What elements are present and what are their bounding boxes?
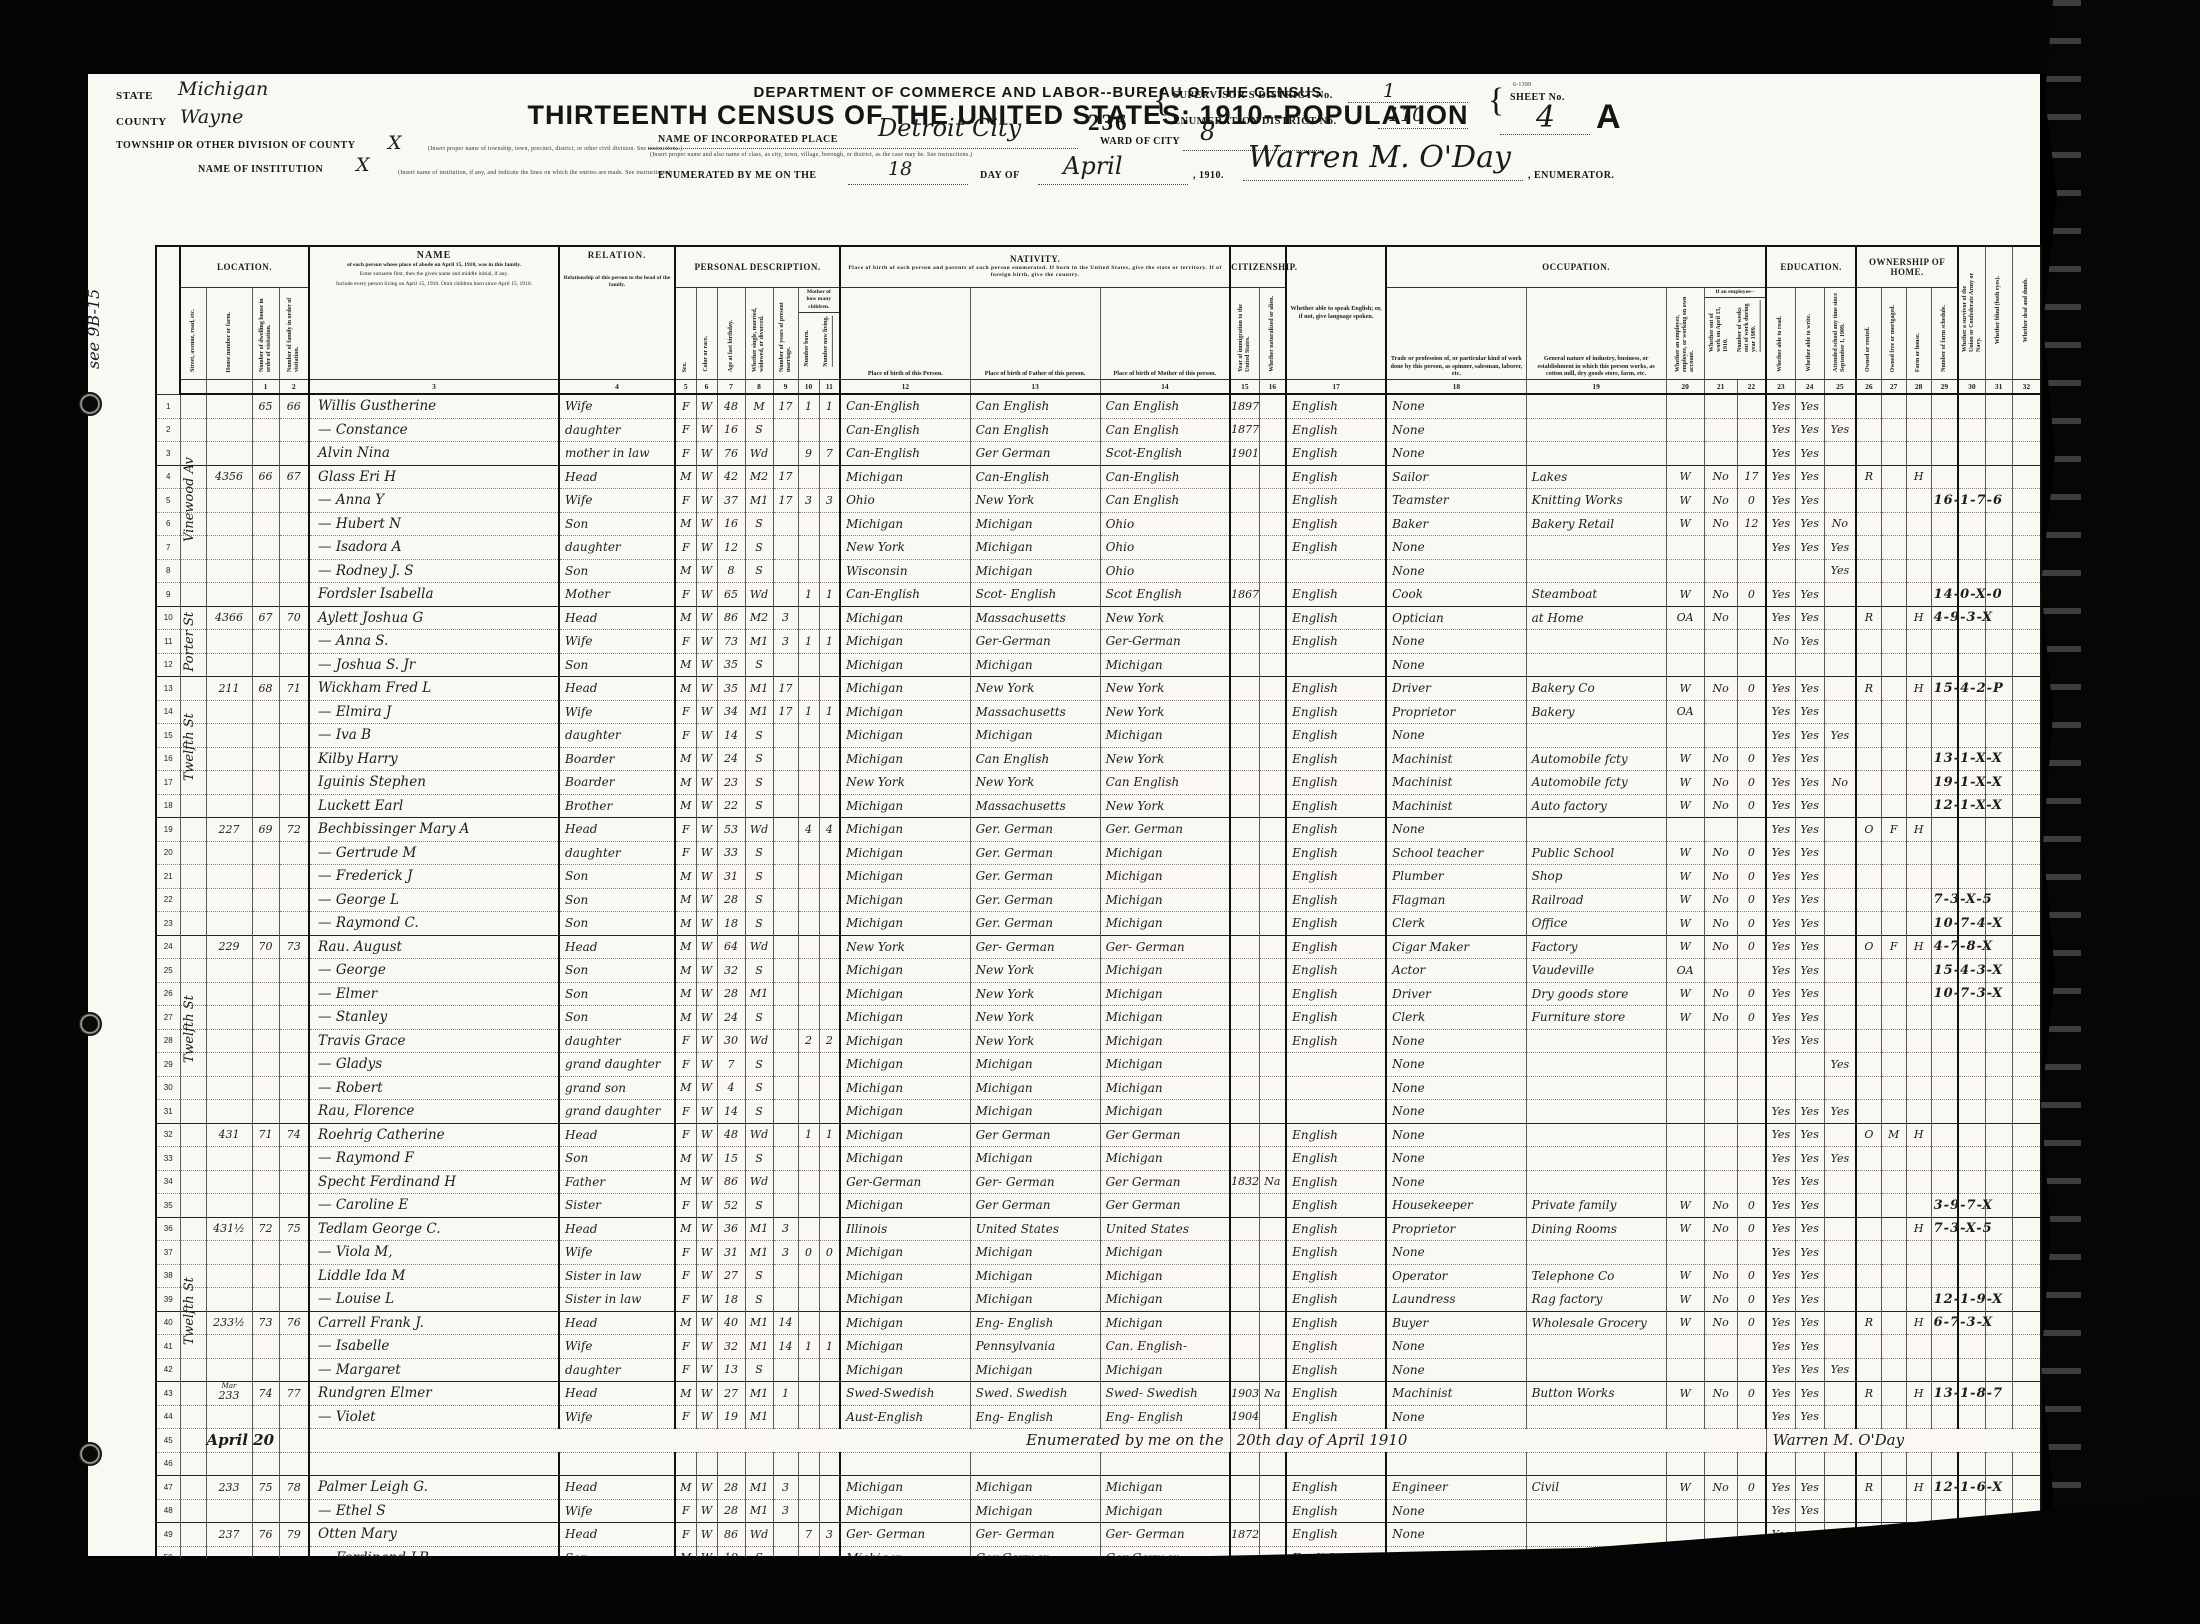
cell-mort: M [1881,1123,1906,1147]
cell-out: No [1704,888,1737,912]
cell-sch [1824,677,1856,701]
cell-line: 22 [156,888,180,912]
cell-occ: None [1386,1100,1526,1124]
cell-c32 [2012,959,2041,983]
cell-yrs [773,1264,798,1288]
cell-cl [819,1170,840,1194]
cell-name: — Constance [309,418,559,442]
cell-c30 [1958,418,1985,442]
cell-dw [252,1405,279,1429]
scan-border-top [0,0,2200,74]
cell-code [1931,1241,1958,1265]
cell-fh [1906,912,1931,936]
cell-rel: Sister in law [559,1264,675,1288]
cell-fam [279,1029,309,1053]
cell-rd: Yes [1766,1499,1795,1523]
cell-wks: 0 [1737,1264,1766,1288]
cell-out: No [1704,1264,1737,1288]
cell-c31 [1985,653,2012,677]
cell-fh [1906,394,1931,418]
cell-cl [819,865,840,889]
cell-imm [1230,489,1259,513]
cell-c30 [1958,818,1985,842]
cell-cb [798,1499,819,1523]
cell-own: O [1856,818,1881,842]
cell-dw [252,1053,279,1077]
cell-imm [1230,536,1259,560]
cell-lang: English [1286,1194,1386,1218]
cell-mar: M1 [745,1499,773,1523]
cell-age: 86 [717,1170,745,1194]
cell-own [1856,1288,1881,1312]
cell-sch: Yes [1824,418,1856,442]
cell-sch [1824,1170,1856,1194]
cell-sex: F [675,418,696,442]
cell-wr: Yes [1795,865,1824,889]
census-row: 45April 20Enumerated by me on the20th da… [156,1429,2041,1453]
cell-dw [252,418,279,442]
cell-mort [1881,677,1906,701]
cell-street [180,888,206,912]
cell-cb [798,512,819,536]
cell-colr: W [696,1523,717,1547]
cell-lang: English [1286,583,1386,607]
cell-nat [1259,489,1286,513]
cell-sex: M [675,1217,696,1241]
cell-cb [798,912,819,936]
cell-dw: 67 [252,606,279,630]
cell-wks: 0 [1737,1476,1766,1500]
col-pob-header: Place of birth of this Person. [840,288,970,380]
cell-name: — Louise L [309,1288,559,1312]
colnum-imm: 15 [1230,380,1259,395]
cell-pob: Michigan [840,1076,970,1100]
cell-pf: Eng- English [970,1311,1100,1335]
colnum-sch: 25 [1824,380,1856,395]
cell-wr: Yes [1795,700,1824,724]
cell-age: 13 [717,1358,745,1382]
cell-rel: Son [559,865,675,889]
census-row: 192276972Bechbissinger Mary AHeadFW53Wd4… [156,818,2041,842]
group-occupation: OCCUPATION. [1386,246,1766,288]
cell-mar: S [745,912,773,936]
cell-mar: S [745,1288,773,1312]
cell-nat [1259,747,1286,771]
cell-fh [1906,1076,1931,1100]
cell-rel: Wife [559,630,675,654]
cell-line: 11 [156,630,180,654]
cell-wks [1737,1405,1766,1429]
cell-street [180,1217,206,1241]
cell-lang: English [1286,536,1386,560]
cell-code: 3-9-7-X [1931,1194,1958,1218]
cell-imm: 1872 [1230,1523,1259,1547]
cell-pob: Can-English [840,583,970,607]
cell-mar: Wd [745,442,773,466]
cell-sex: F [675,442,696,466]
cell-wr: Yes [1795,1170,1824,1194]
cell-c32 [2012,1076,2041,1100]
cell-occ: None [1386,1076,1526,1100]
cell-emp [1666,1405,1704,1429]
cell-house [206,1053,252,1077]
cell-colr [696,1452,717,1476]
enumeration-label: ENUMERATION DISTRICT No. [1173,116,1337,127]
cell-ind: Private family [1526,1194,1666,1218]
cell-emp [1666,1499,1704,1523]
cell-pm: Michigan [1100,982,1230,1006]
cell-name [309,1452,559,1476]
cell-c32 [2012,677,2041,701]
cell-lang: English [1286,1288,1386,1312]
cell-out: No [1704,677,1737,701]
cell-house: 233½ [206,1311,252,1335]
cell-line: 17 [156,771,180,795]
cell-pf: Can English [970,394,1100,418]
county-label: COUNTY [116,116,167,128]
cell-occ: Clerk [1386,912,1526,936]
cell-rel: Head [559,465,675,489]
cell-emp: W [1666,1217,1704,1241]
cell-wr [1795,1076,1824,1100]
cell-c30 [1958,630,1985,654]
cell-ind: Public School [1526,841,1666,865]
cell-own [1856,1076,1881,1100]
cell-imm: 1904 [1230,1405,1259,1429]
cell-rel: Son [559,982,675,1006]
census-row: 38Liddle Ida MSister in lawFW27SMichigan… [156,1264,2041,1288]
cell-emp: W [1666,489,1704,513]
cell-c32 [2012,771,2041,795]
cell-mar: M1 [745,1405,773,1429]
cell-imm [1230,1476,1259,1500]
enumerator-suffix: , ENUMERATOR. [1528,170,1614,181]
cell-fam: 77 [279,1382,309,1406]
cell-sex: F [675,1288,696,1312]
cell-wks [1737,724,1766,748]
cell-imm [1230,1100,1259,1124]
cell-colr: W [696,653,717,677]
cell-c31 [1985,1123,2012,1147]
cell-dw [252,1006,279,1030]
cell-wr: Yes [1795,583,1824,607]
cell-imm [1230,1029,1259,1053]
cell-out [1704,418,1737,442]
cell-mar: M1 [745,1311,773,1335]
cell-code [1931,394,1958,418]
cell-line: 47 [156,1476,180,1500]
cell-house [206,865,252,889]
cell-yrs: 17 [773,394,798,418]
cell-dw [252,1170,279,1194]
cell-house [206,512,252,536]
cell-mort [1881,1170,1906,1194]
cell-mar: M1 [745,677,773,701]
colnum-occ: 18 [1386,380,1526,395]
cell-sex: M [675,559,696,583]
cell-c32 [2012,912,2041,936]
cell-mar: S [745,865,773,889]
cell-cl [819,982,840,1006]
cell-fam [279,442,309,466]
cell-imm [1230,700,1259,724]
cell-sex: F [675,1123,696,1147]
cell-yrs [773,724,798,748]
cell-mort [1881,1264,1906,1288]
cell-sex: F [675,700,696,724]
cell-colr: W [696,865,717,889]
cell-wr: Yes [1795,935,1824,959]
cell-lang: English [1286,1382,1386,1406]
cell-code [1931,818,1958,842]
cell-occ: School teacher [1386,841,1526,865]
cell-nat [1259,1053,1286,1077]
cell-name: — Isadora A [309,536,559,560]
cell-lang: English [1286,418,1386,442]
cell-mar: S [745,1264,773,1288]
cell-mort [1881,1499,1906,1523]
cell-fh [1906,512,1931,536]
cell-street [180,394,206,418]
cell-name: — Raymond F [309,1147,559,1171]
cell-rd: Yes [1766,1264,1795,1288]
institution-label: NAME OF INSTITUTION [198,164,323,175]
col-street-header: Street, avenue, road, etc. [180,288,206,380]
cell-mar: M1 [745,489,773,513]
col-language-header: Whether able to speak English; or, if no… [1286,246,1386,380]
cell-own: R [1856,1311,1881,1335]
cell-colr: W [696,536,717,560]
cell-line: 44 [156,1405,180,1429]
cell-wks [1737,959,1766,983]
cell-colr: W [696,771,717,795]
cell-colr: W [696,1076,717,1100]
cell-out: No [1704,794,1737,818]
cell-colr: W [696,1100,717,1124]
cell-out: No [1704,1194,1737,1218]
census-sheet: see 9B-15 STATE Michigan COUNTY Wayne TO… [88,74,2040,1556]
cell-c31 [1985,1335,2012,1359]
cell-out [1704,394,1737,418]
cell-house [206,1147,252,1171]
cell-wr [1795,559,1824,583]
colnum-emp: 20 [1666,380,1704,395]
cell-nat: Na [1259,1170,1286,1194]
cell-cl [819,1147,840,1171]
cell-house: 229 [206,935,252,959]
cell-occ: None [1386,442,1526,466]
cell-imm [1230,959,1259,983]
cell-house [206,1076,252,1100]
cell-ind [1526,1358,1666,1382]
cell-line: 33 [156,1147,180,1171]
cell-wks: 0 [1737,1217,1766,1241]
cell-occ: None [1386,559,1526,583]
cell-fh: H [1906,935,1931,959]
cell-rel: Son [559,512,675,536]
census-row: 41— IsabelleWifeFW32M11411MichiganPennsy… [156,1335,2041,1359]
cell-line: 12 [156,653,180,677]
cell-rel: Son [559,559,675,583]
cell-cb [798,982,819,1006]
census-row: 26— ElmerSonMW28M1MichiganNew YorkMichig… [156,982,2041,1006]
cell-out [1704,1029,1737,1053]
cell-age: 32 [717,1335,745,1359]
cell-c32 [2012,818,2041,842]
cell-pob: Illinois [840,1217,970,1241]
cell-sex: M [675,1006,696,1030]
cell-pob: Michigan [840,1053,970,1077]
cell-out [1704,536,1737,560]
cell-mar: M1 [745,1241,773,1265]
cell-pm: Can English [1100,394,1230,418]
cell-age: 24 [717,1006,745,1030]
cell-fam [279,1452,309,1476]
cell-own: O [1856,1123,1881,1147]
cell-fh [1906,771,1931,795]
cell-imm [1230,818,1259,842]
cell-nat [1259,559,1286,583]
cell-nat [1259,912,1286,936]
cell-c32 [2012,1194,2041,1218]
cell-c30 [1958,1264,1985,1288]
cell-mort [1881,630,1906,654]
cell-cl [819,1264,840,1288]
cell-ind: Bakery Co [1526,677,1666,701]
census-row: 5— Anna YWifeFW37M11733OhioNew YorkCan E… [156,489,2041,513]
cell-c32 [2012,747,2041,771]
cell-dw [252,1194,279,1218]
colnum-wr: 24 [1795,380,1824,395]
census-row: 44— VioletWifeFW19M1Aust-EnglishEng- Eng… [156,1405,2041,1429]
cell-rel: Head [559,818,675,842]
cell-dw [252,1499,279,1523]
cell-c32 [2012,630,2041,654]
cell-c32 [2012,1288,2041,1312]
cell-pob: Michigan [840,1123,970,1147]
cell-yrs: 3 [773,1476,798,1500]
cell-wr: Yes [1795,418,1824,442]
cell-mort [1881,1382,1906,1406]
cell-rd: Yes [1766,747,1795,771]
cell-pm: Michigan [1100,1241,1230,1265]
cell-pm: Michigan [1100,1076,1230,1100]
cell-wks [1737,1335,1766,1359]
cell-rd: Yes [1766,442,1795,466]
cell-cb: 7 [798,1523,819,1547]
cell-pf: Michigan [970,1100,1100,1124]
cell-code: 16-1-7-6 [1931,489,1958,513]
cell-rd: Yes [1766,1311,1795,1335]
cell-rd: Yes [1766,700,1795,724]
cell-own [1856,1452,1881,1476]
cell-wr: Yes [1795,677,1824,701]
cell-cb: 0 [798,1241,819,1265]
cell-pob: New York [840,536,970,560]
cell-pm: Michigan [1100,1147,1230,1171]
cell-c32 [2012,583,2041,607]
cell-house [206,1264,252,1288]
cell-ind [1526,1499,1666,1523]
cell-c30 [1958,865,1985,889]
col-blind-header: Whether blind (both eyes). [1985,246,2012,380]
cell-lang [1286,1452,1386,1476]
cell-house: 237 [206,1523,252,1547]
cell-sex: F [675,1029,696,1053]
cell-sex: M [675,653,696,677]
cell-line: 18 [156,794,180,818]
cell-name: — Elmira J [309,700,559,724]
cell-emp [1666,1147,1704,1171]
cell-own [1856,888,1881,912]
cell-mort [1881,865,1906,889]
cell-wks [1737,1452,1766,1476]
cell-age: 37 [717,489,745,513]
cell-c32 [2012,512,2041,536]
cell-own [1856,1499,1881,1523]
cell-wr: Yes [1795,1405,1824,1429]
cell-wr: Yes [1795,489,1824,513]
cell-emp: W [1666,888,1704,912]
cell-sex: M [675,1311,696,1335]
cell-pf: New York [970,959,1100,983]
cell-wr: Yes [1795,747,1824,771]
census-row: 35— Caroline ESisterFW52SMichiganGer Ger… [156,1194,2041,1218]
colnum-cl: 11 [819,380,840,395]
cell-c30 [1958,465,1985,489]
cell-wr: Yes [1795,1147,1824,1171]
cell-house [206,1029,252,1053]
cell-cb: 1 [798,630,819,654]
cell-line: 3 [156,442,180,466]
cell-lang: English [1286,677,1386,701]
cell-occ: None [1386,1053,1526,1077]
census-row: 46 [156,1452,2041,1476]
cell-lang: English [1286,1358,1386,1382]
cell-house [206,888,252,912]
col-school-header: Attended school any time since September… [1824,288,1856,380]
cell-nat [1259,724,1286,748]
cell-occ: Engineer [1386,1476,1526,1500]
population-schedule-table: LOCATION. NAME of each person whose plac… [155,245,2042,1571]
cell-rd: Yes [1766,1288,1795,1312]
cell-ind: at Home [1526,606,1666,630]
cell-colr: W [696,982,717,1006]
cell-lang: English [1286,1476,1386,1500]
cell-age: 14 [717,1100,745,1124]
cell-mar: Wd [745,818,773,842]
cell-house [206,747,252,771]
cell-sch [1824,865,1856,889]
cell-c32 [2012,418,2041,442]
cell-wks: 0 [1737,1288,1766,1312]
cell-cl: 1 [819,583,840,607]
cell-wr: Yes [1795,1499,1824,1523]
cell-pob: Can-English [840,442,970,466]
cell-emp: W [1666,771,1704,795]
punch-hole [78,1012,102,1036]
cell-pf: Pennsylvania [970,1335,1100,1359]
cell-ind: Telephone Co [1526,1264,1666,1288]
cell-rel: Wife [559,1499,675,1523]
cell-age: 31 [717,1241,745,1265]
cell-name: Willis Gustherine [309,394,559,418]
cell-mort [1881,888,1906,912]
cell-out [1704,1100,1737,1124]
cell-pob: Michigan [840,700,970,724]
cell-code: 10-7-4-X [1931,912,1958,936]
cell-ind [1526,442,1666,466]
